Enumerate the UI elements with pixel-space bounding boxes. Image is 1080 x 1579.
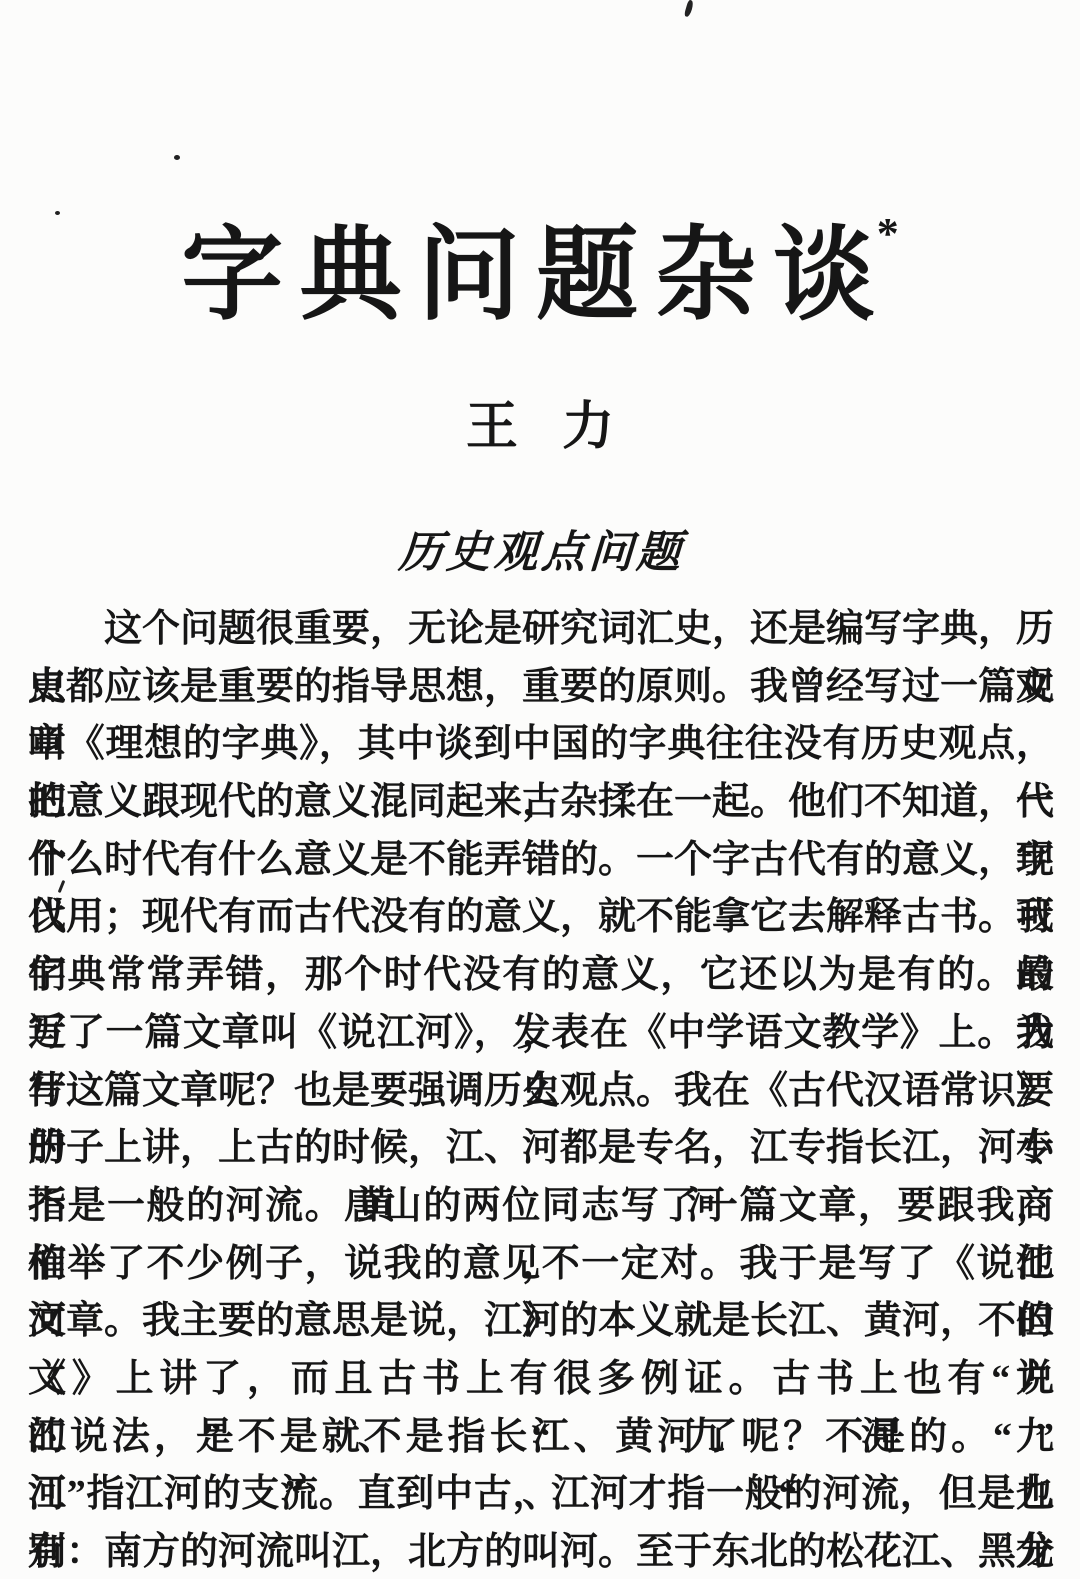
body-line: 不是一般的河流。唐山的两位同志写了一篇文章，要跟我商榷，他 [28,1178,1054,1236]
author-name: 王力 [0,384,1080,459]
body-line: 点都应该是重要的指导思想，重要的原则。我曾经写过一篇文章， [28,659,1054,717]
body-line: 河”指江河的支流。直到中古，江河才指一般的河流，但是也有分 [28,1466,1054,1524]
body-line: 什么时代有什么意义是不能弄错的。一个字古代有的意义，现代可 [28,832,1054,890]
body-line: 们举了不少例子，说我的意见不一定对。我于是写了《说江河》的 [28,1236,1054,1294]
body-line: 的意义跟现代的意义混同起来，杂揉在一起。他们不知道，一个字 [28,774,1054,832]
body-line: 文》上讲了，而且古书上有很多例证。古书上也有“九江”、“九河” [28,1351,1054,1409]
section-heading: 历史观点问题 [0,516,1080,580]
body-line: 的说法，是不是就不是指长江、黄河了呢？不是的。“九江”、“九 [28,1409,1054,1467]
body-text: 这个问题很重要，无论是研究词汇史，还是编写字典，历史观点都应该是重要的指导思想，… [28,601,1054,1579]
page-title: 字典问题杂谈* [0,194,1080,340]
body-line: 册子上讲，上古的时候，江、河都是专名，江专指长江，河专指黄河， [28,1120,1054,1178]
body-line: 叫《理想的字典》，其中谈到中国的字典往往没有历史观点，把古代 [28,716,1054,774]
body-line: 写了一篇文章叫《说江河》，发表在《中学语文教学》上。为什么要 [28,1005,1054,1063]
body-line: 别：南方的河流叫江，北方的叫河。至于东北的松花江、黑龙江一 [28,1524,1054,1579]
body-line: 字典常常弄错，那个时代没有的意义，它还以为是有的。最近，我 [28,947,1054,1005]
page-title-text: 字典问题杂谈 [181,220,891,333]
body-line: 文章。我主要的意思是说，江河的本义就是长江、黄河，不但《说 [28,1293,1054,1351]
body-line: 这个问题很重要，无论是研究词汇史，还是编写字典，历史观 [28,601,1054,659]
body-line: 写这篇文章呢？也是要强调历史观点。我在《古代汉语常识》的小 [28,1063,1054,1121]
footnote-asterisk: * [877,209,899,258]
body-line: 以用；现代有而古代没有的意义，就不能拿它去解释古书。我们的 [28,889,1054,947]
document-page: 字典问题杂谈* 王力 历史观点问题 这个问题很重要，无论是研究词汇史，还是编写字… [0,0,1080,1579]
scan-speck [174,155,180,160]
scan-speck [684,0,694,17]
